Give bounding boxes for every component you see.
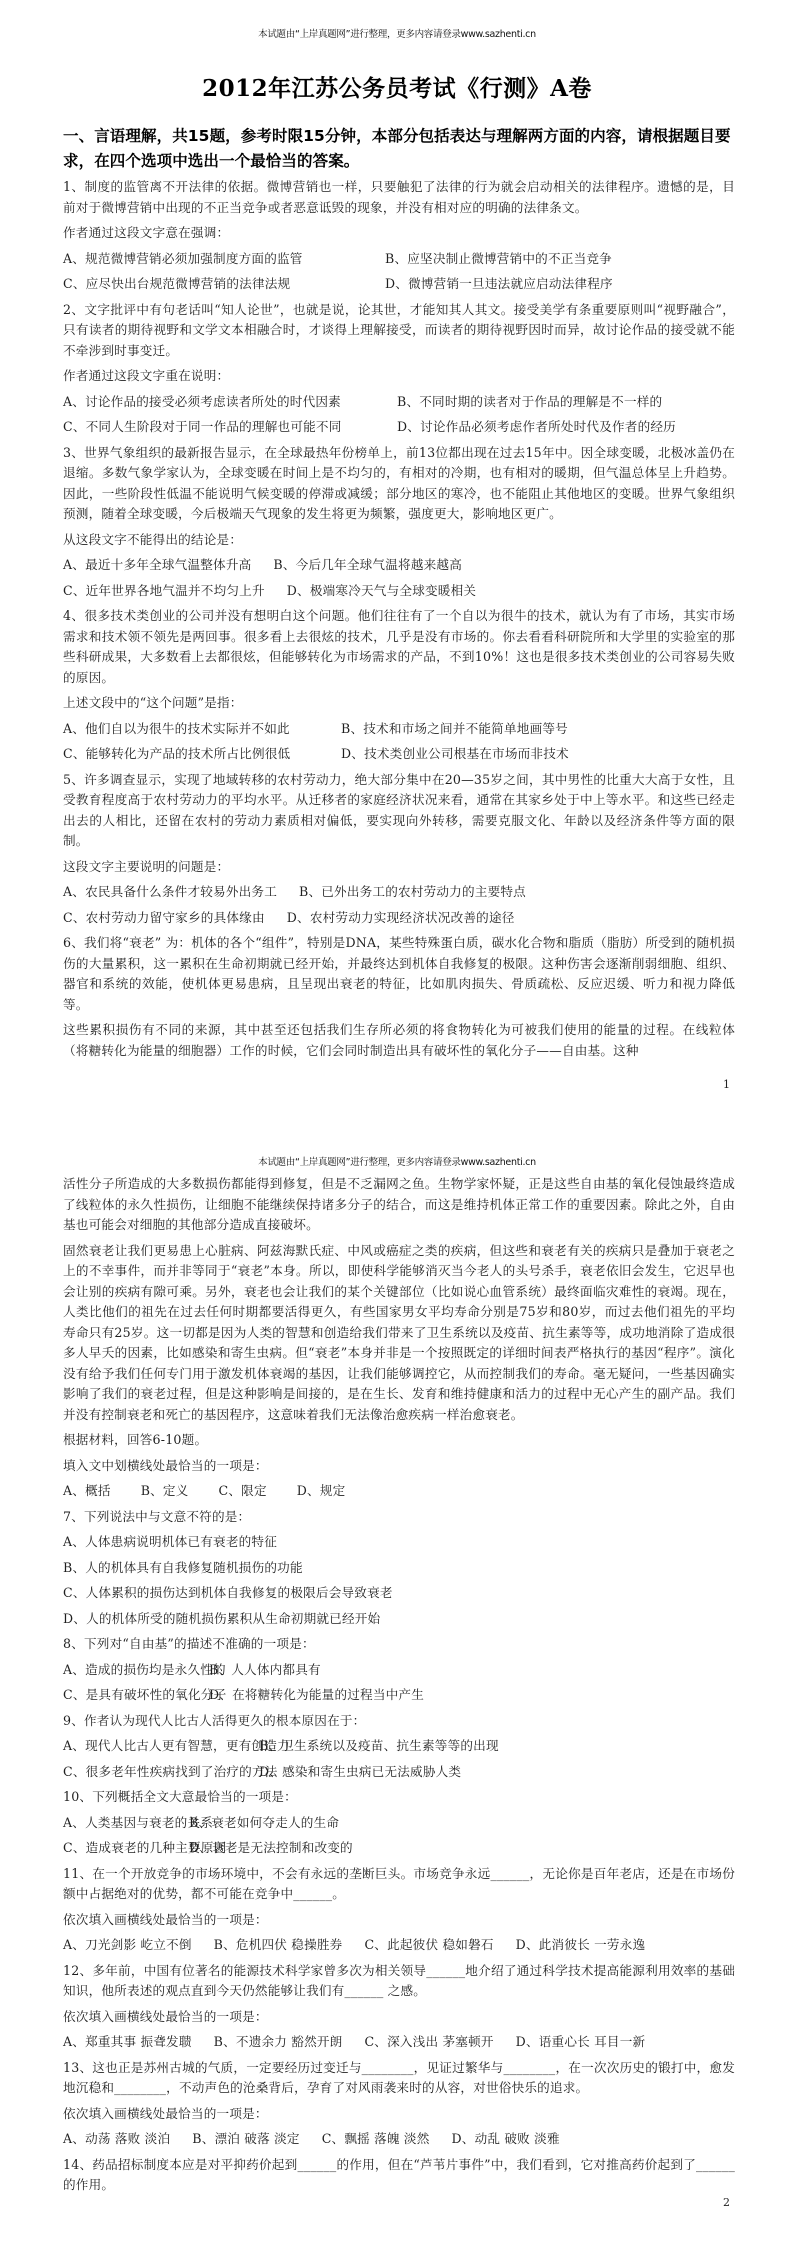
- q4-option-c: C、能够转化为产品的技术所占比例很低: [63, 744, 333, 765]
- q7-option-d: D、人的机体所受的随机损伤累积从生命初期就已经开始: [63, 1609, 735, 1630]
- q6-option-a: A、概括: [63, 1481, 111, 1502]
- q10-options-row-1: A、人类基因与衰老的关系B、衰老如何夺走人的生命: [63, 1813, 735, 1834]
- q8-option-d: D、在将糖转化为能量的过程当中产生: [209, 1685, 424, 1706]
- q13-option-a: A、动荡 落败 淡泊: [63, 2129, 170, 2150]
- q12-option-b: B、不遗余力 豁然开朗: [214, 2032, 343, 2053]
- q4-option-b: B、技术和市场之间并不能简单地画等号: [341, 719, 568, 740]
- q11-options: A、刀光剑影 屹立不倒B、危机四伏 稳操胜券C、此起彼伏 稳如磐石D、此消彼长 …: [63, 1935, 735, 1956]
- passage-instruction: 根据材料，回答6-10题。: [63, 1430, 735, 1451]
- section-heading: 一、言语理解，共15题，参考时限15分钟，本部分包括表达与理解两方面的内容，请根…: [63, 124, 735, 174]
- q9-option-c: C、很多老年性疾病找到了治疗的方法: [63, 1762, 251, 1783]
- passage-paragraph-2-cont: 活性分子所造成的大多数损伤都能得到修复，但是不乏漏网之鱼。生物学家怀疑，正是这些…: [63, 1174, 735, 1236]
- q4-option-d: D、技术类创业公司根基在市场而非技术: [341, 744, 569, 765]
- q8-option-b: B、人人体内都具有: [209, 1660, 321, 1681]
- q13-option-c: C、飘摇 落魄 淡然: [322, 2129, 430, 2150]
- q3-stem: 3、世界气象组织的最新报告显示，在全球最热年份榜单上，前13位都出现在过去15年…: [63, 443, 735, 525]
- q4-option-a: A、他们自以为很牛的技术实际并不如此: [63, 719, 333, 740]
- q9-option-d: D、感染和寄生虫病已无法威胁人类: [259, 1762, 461, 1783]
- q12-prompt: 依次填入画横线处最恰当的一项是：: [63, 2007, 735, 2028]
- page-2-content: 活性分子所造成的大多数损伤都能得到修复，但是不乏漏网之鱼。生物学家怀疑，正是这些…: [63, 1174, 735, 2201]
- q11-option-a: A、刀光剑影 屹立不倒: [63, 1935, 192, 1956]
- q7-option-b: B、人的机体具有自我修复随机损伤的功能: [63, 1558, 735, 1579]
- page-number: 2: [723, 2196, 730, 2209]
- passage-paragraph-1: 6、我们将“衰老” 为：机体的各个“组件”，特别是DNA，某些特殊蛋白质，碳水化…: [63, 933, 735, 1015]
- passage-paragraph-3: 固然衰老让我们更易患上心脏病、阿兹海默氏症、中风或癌症之类的疾病，但这些和衰老有…: [63, 1241, 735, 1426]
- page-1-content: 一、言语理解，共15题，参考时限15分钟，本部分包括表达与理解两方面的内容，请根…: [63, 124, 735, 1066]
- q5-options-row-2: C、农村劳动力留守家乡的具体缘由D、农村劳动力实现经济状况改善的途径: [63, 908, 735, 929]
- q11-option-b: B、危机四伏 稳操胜券: [214, 1935, 343, 1956]
- q3-options-row-2: C、近年世界各地气温并不均匀上升D、极端寒冷天气与全球变暖相关: [63, 581, 735, 602]
- q1-stem: 1、制度的监管离不开法律的依据。微博营销也一样，只要触犯了法律的行为就会启动相关…: [63, 177, 735, 218]
- q5-option-d: D、农村劳动力实现经济状况改善的途径: [287, 908, 515, 929]
- document-title: 2012年江苏公务员考试《行测》A卷: [0, 70, 794, 103]
- q3-option-c: C、近年世界各地气温并不均匀上升: [63, 581, 265, 602]
- page-2: 本试题由“上岸真题网”进行整理，更多内容请登录www.sazhenti.cn 活…: [0, 1122, 794, 2244]
- q3-options-row-1: A、最近十多年全球气温整体升高B、今后几年全球气温将越来越高: [63, 555, 735, 576]
- q8-options-row-1: A、造成的损伤均是永久性的B、人人体内都具有: [63, 1660, 735, 1681]
- header-note: 本试题由“上岸真题网”进行整理，更多内容请登录www.sazhenti.cn: [0, 26, 794, 40]
- q2-option-d: D、讨论作品必须考虑作者所处时代及作者的经历: [397, 417, 676, 438]
- q3-prompt: 从这段文字不能得出的结论是：: [63, 530, 735, 551]
- q6-option-d: D、规定: [297, 1481, 346, 1502]
- q13-options: A、动荡 落败 淡泊B、漂泊 破落 淡定C、飘摇 落魄 淡然D、动乱 破败 淡雅: [63, 2129, 735, 2150]
- q1-option-a: A、规范微博营销必须加强制度方面的监管: [63, 249, 363, 270]
- q3-option-d: D、极端寒冷天气与全球变暖相关: [287, 581, 476, 602]
- q1-prompt: 作者通过这段文字意在强调：: [63, 223, 735, 244]
- q2-stem: 2、文字批评中有句老话叫“知人论世”，也就是说，论其世，才能知其人其文。接受美学…: [63, 300, 735, 362]
- q11-option-d: D、此消彼长 一劳永逸: [516, 1935, 646, 1956]
- q5-prompt: 这段文字主要说明的问题是：: [63, 857, 735, 878]
- q12-option-d: D、语重心长 耳目一新: [516, 2032, 646, 2053]
- q14-stem: 14、药品招标制度本应是对平抑药价起到______的作用，但在“芦苇片事件”中，…: [63, 2155, 735, 2196]
- q9-prompt: 9、作者认为现代人比古人活得更久的根本原因在于：: [63, 1711, 735, 1732]
- q4-stem: 4、很多技术类创业的公司并没有想明白这个问题。他们往往有了一个自以为很牛的技术，…: [63, 606, 735, 688]
- q9-options-row-2: C、很多老年性疾病找到了治疗的方法D、感染和寄生虫病已无法威胁人类: [63, 1762, 735, 1783]
- q10-options-row-2: C、造成衰老的几种主要原因D、衰老是无法控制和改变的: [63, 1838, 735, 1859]
- q7-option-c: C、人体累积的损伤达到机体自我修复的极限后会导致衰老: [63, 1583, 735, 1604]
- q9-option-b: B、卫生系统以及疫苗、抗生素等等的出现: [259, 1736, 499, 1757]
- q12-option-c: C、深入浅出 茅塞顿开: [364, 2032, 493, 2053]
- q8-option-c: C、是具有破坏性的氧化分子: [63, 1685, 201, 1706]
- q5-option-a: A、农民具备什么条件才较易外出务工: [63, 882, 277, 903]
- q1-option-b: B、应坚决制止微博营销中的不正当竞争: [385, 249, 612, 270]
- q4-options-row-1: A、他们自以为很牛的技术实际并不如此B、技术和市场之间并不能简单地画等号: [63, 719, 735, 740]
- q8-prompt: 8、下列对“自由基”的描述不准确的一项是：: [63, 1634, 735, 1655]
- q5-option-b: B、已外出务工的农村劳动力的主要特点: [299, 882, 526, 903]
- header-note: 本试题由“上岸真题网”进行整理，更多内容请登录www.sazhenti.cn: [0, 1154, 794, 1168]
- q5-stem: 5、许多调查显示，实现了地域转移的农村劳动力，绝大部分集中在20—35岁之间，其…: [63, 770, 735, 852]
- page-number: 1: [723, 1078, 730, 1091]
- q11-option-c: C、此起彼伏 稳如磐石: [364, 1935, 493, 1956]
- q2-options-row-2: C、不同人生阶段对于同一作品的理解也可能不同D、讨论作品必须考虑作者所处时代及作…: [63, 417, 735, 438]
- q9-options-row-1: A、现代人比古人更有智慧，更有创造力B、卫生系统以及疫苗、抗生素等等的出现: [63, 1736, 735, 1757]
- q6-prompt: 填入文中划横线处最恰当的一项是：: [63, 1456, 735, 1477]
- q10-option-d: D、衰老是无法控制和改变的: [189, 1838, 353, 1859]
- q1-option-c: C、应尽快出台规范微博营销的法律法规: [63, 274, 363, 295]
- q2-option-b: B、不同时期的读者对于作品的理解是不一样的: [397, 392, 662, 413]
- q4-options-row-2: C、能够转化为产品的技术所占比例很低D、技术类创业公司根基在市场而非技术: [63, 744, 735, 765]
- q13-stem: 13、这也正是苏州古城的气质，一定要经历过变迁与________，见证过繁华与_…: [63, 2058, 735, 2099]
- q12-options: A、郑重其事 振聋发聩B、不遗余力 豁然开朗C、深入浅出 茅塞顿开D、语重心长 …: [63, 2032, 735, 2053]
- q1-options-row-1: A、规范微博营销必须加强制度方面的监管B、应坚决制止微博营销中的不正当竞争: [63, 249, 735, 270]
- q12-stem: 12、多年前，中国有位著名的能源技术科学家曾多次为相关领导______地介绍了通…: [63, 1961, 735, 2002]
- q13-option-d: D、动乱 破败 淡雅: [452, 2129, 560, 2150]
- q6-option-b: B、定义: [141, 1481, 189, 1502]
- q2-option-c: C、不同人生阶段对于同一作品的理解也可能不同: [63, 417, 389, 438]
- q4-prompt: 上述文段中的“这个问题”是指：: [63, 693, 735, 714]
- q6-option-c: C、限定: [219, 1481, 267, 1502]
- q1-options-row-2: C、应尽快出台规范微博营销的法律法规D、微博营销一旦违法就应启动法律程序: [63, 274, 735, 295]
- q11-stem: 11、在一个开放竞争的市场环境中，不会有永远的垄断巨头。市场竞争永远______…: [63, 1864, 735, 1905]
- q10-option-c: C、造成衰老的几种主要原因: [63, 1838, 181, 1859]
- q8-option-a: A、造成的损伤均是永久性的: [63, 1660, 201, 1681]
- q9-option-a: A、现代人比古人更有智慧，更有创造力: [63, 1736, 251, 1757]
- q5-options-row-1: A、农民具备什么条件才较易外出务工B、已外出务工的农村劳动力的主要特点: [63, 882, 735, 903]
- q2-options-row-1: A、讨论作品的接受必须考虑读者所处的时代因素B、不同时期的读者对于作品的理解是不…: [63, 392, 735, 413]
- q10-option-a: A、人类基因与衰老的关系: [63, 1813, 181, 1834]
- q3-option-b: B、今后几年全球气温将越来越高: [273, 555, 462, 576]
- q8-options-row-2: C、是具有破坏性的氧化分子D、在将糖转化为能量的过程当中产生: [63, 1685, 735, 1706]
- q2-prompt: 作者通过这段文字重在说明：: [63, 366, 735, 387]
- q12-option-a: A、郑重其事 振聋发聩: [63, 2032, 192, 2053]
- q5-option-c: C、农村劳动力留守家乡的具体缘由: [63, 908, 265, 929]
- q10-option-b: B、衰老如何夺走人的生命: [189, 1813, 339, 1834]
- q13-option-b: B、漂泊 破落 淡定: [192, 2129, 299, 2150]
- q7-option-a: A、人体患病说明机体已有衰老的特征: [63, 1532, 735, 1553]
- q2-option-a: A、讨论作品的接受必须考虑读者所处的时代因素: [63, 392, 389, 413]
- q11-prompt: 依次填入画横线处最恰当的一项是：: [63, 1910, 735, 1931]
- page-1: 本试题由“上岸真题网”进行整理，更多内容请登录www.sazhenti.cn 2…: [0, 0, 794, 1122]
- q6-options: A、概括B、定义C、限定D、规定: [63, 1481, 735, 1502]
- q13-prompt: 依次填入画横线处最恰当的一项是：: [63, 2104, 735, 2125]
- q1-option-d: D、微博营销一旦违法就应启动法律程序: [385, 274, 613, 295]
- q10-prompt: 10、下列概括全文大意最恰当的一项是：: [63, 1787, 735, 1808]
- q7-prompt: 7、下列说法中与文意不符的是：: [63, 1507, 735, 1528]
- q3-option-a: A、最近十多年全球气温整体升高: [63, 555, 251, 576]
- passage-paragraph-2-start: 这些累积损伤有不同的来源，其中甚至还包括我们生存所必须的将食物转化为可被我们使用…: [63, 1020, 735, 1061]
